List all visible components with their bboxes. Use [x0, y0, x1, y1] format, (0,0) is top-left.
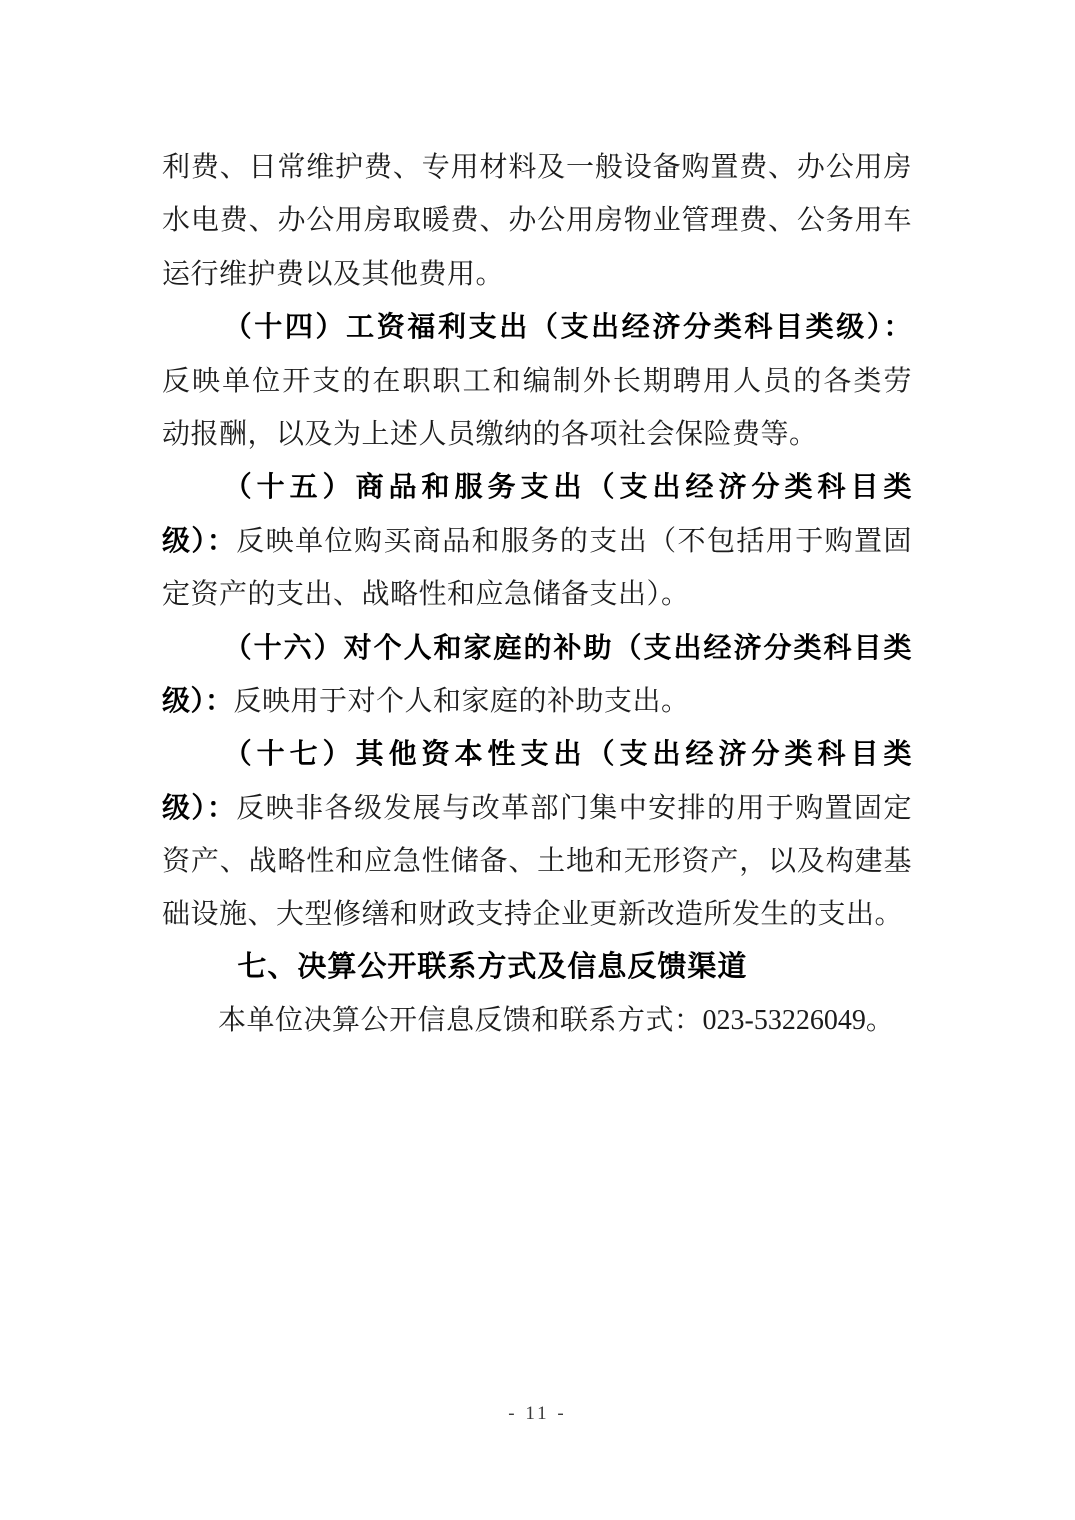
contact-suffix: 。 — [866, 1005, 895, 1036]
body-line: 级）：反映用于对个人和家庭的补助支出。 — [162, 674, 912, 727]
section-17-heading-line: （十七）其他资本性支出（支出经济分类科目类 — [162, 727, 912, 780]
body-line-text: 运行维护费以及其他费用。 — [162, 259, 504, 290]
body-line: 础设施、大型修缮和财政支持企业更新改造所发生的支出。 — [162, 887, 912, 940]
content-area: 利费、日常维护费、专用材料及一般设备购置费、办公用房 水电费、办公用房取暖费、办… — [162, 140, 912, 1048]
body-line-text: 定资产的支出、战略性和应急储备支出）。 — [162, 579, 690, 610]
body-line-text: 反映用于对个人和家庭的补助支出。 — [234, 686, 690, 717]
body-line: 级）：反映单位购买商品和服务的支出（不包括用于购置固 — [162, 514, 912, 567]
body-line-bold: 级）： — [162, 525, 236, 556]
contact-prefix: 本单位决算公开信息反馈和联系方式： — [218, 1005, 703, 1036]
contact-phone-number: 023-53226049 — [703, 1005, 866, 1036]
document-page: 利费、日常维护费、专用材料及一般设备购置费、办公用房 水电费、办公用房取暖费、办… — [0, 0, 1075, 1520]
body-line: 资产、战略性和应急性储备、土地和无形资产，以及构建基 — [162, 834, 912, 887]
body-line-text: 础设施、大型修缮和财政支持企业更新改造所发生的支出。 — [162, 899, 903, 930]
body-line-text: 利费、日常维护费、专用材料及一般设备购置费、办公用房 — [162, 152, 912, 183]
body-line: 运行维护费以及其他费用。 — [162, 247, 912, 300]
section-15-heading-line: （十五）商品和服务支出（支出经济分类科目类 — [162, 460, 912, 513]
body-line-bold: 级）： — [162, 792, 236, 823]
body-line-bold: 级）： — [162, 685, 234, 716]
page-number: - 11 - — [0, 1403, 1075, 1425]
body-line-text: 反映单位开支的在职职工和编制外长期聘用人员的各类劳 — [162, 366, 912, 397]
section-7-heading: 七、决算公开联系方式及信息反馈渠道 — [162, 941, 912, 994]
section-16-heading: （十六）对个人和家庭的补助（支出经济分类科目类 — [224, 632, 912, 663]
body-line-text: 动报酬，以及为上述人员缴纳的各项社会保险费等。 — [162, 419, 818, 450]
contact-line: 本单位决算公开信息反馈和联系方式：023-53226049。 — [162, 994, 912, 1047]
section-14-heading: （十四）工资福利支出（支出经济分类科目类级）： — [224, 311, 912, 342]
body-line: 利费、日常维护费、专用材料及一般设备购置费、办公用房 — [162, 140, 912, 193]
section-14-heading-line: （十四）工资福利支出（支出经济分类科目类级）： — [162, 300, 912, 353]
body-line-text: 资产、战略性和应急性储备、土地和无形资产，以及构建基 — [162, 846, 912, 877]
body-line: 反映单位开支的在职职工和编制外长期聘用人员的各类劳 — [162, 354, 912, 407]
body-line: 级）：反映非各级发展与改革部门集中安排的用于购置固定 — [162, 781, 912, 834]
section-15-heading: （十五）商品和服务支出（支出经济分类科目类 — [224, 471, 912, 502]
section-17-heading: （十七）其他资本性支出（支出经济分类科目类 — [224, 738, 912, 769]
body-line: 定资产的支出、战略性和应急储备支出）。 — [162, 567, 912, 620]
body-line: 动报酬，以及为上述人员缴纳的各项社会保险费等。 — [162, 407, 912, 460]
body-line-text: 反映单位购买商品和服务的支出（不包括用于购置固 — [236, 526, 912, 557]
body-line: 水电费、办公用房取暖费、办公用房物业管理费、公务用车 — [162, 193, 912, 246]
body-line-text: 水电费、办公用房取暖费、办公用房物业管理费、公务用车 — [162, 205, 912, 236]
body-line-text: 反映非各级发展与改革部门集中安排的用于购置固定 — [236, 793, 912, 824]
section-16-heading-line: （十六）对个人和家庭的补助（支出经济分类科目类 — [162, 621, 912, 674]
